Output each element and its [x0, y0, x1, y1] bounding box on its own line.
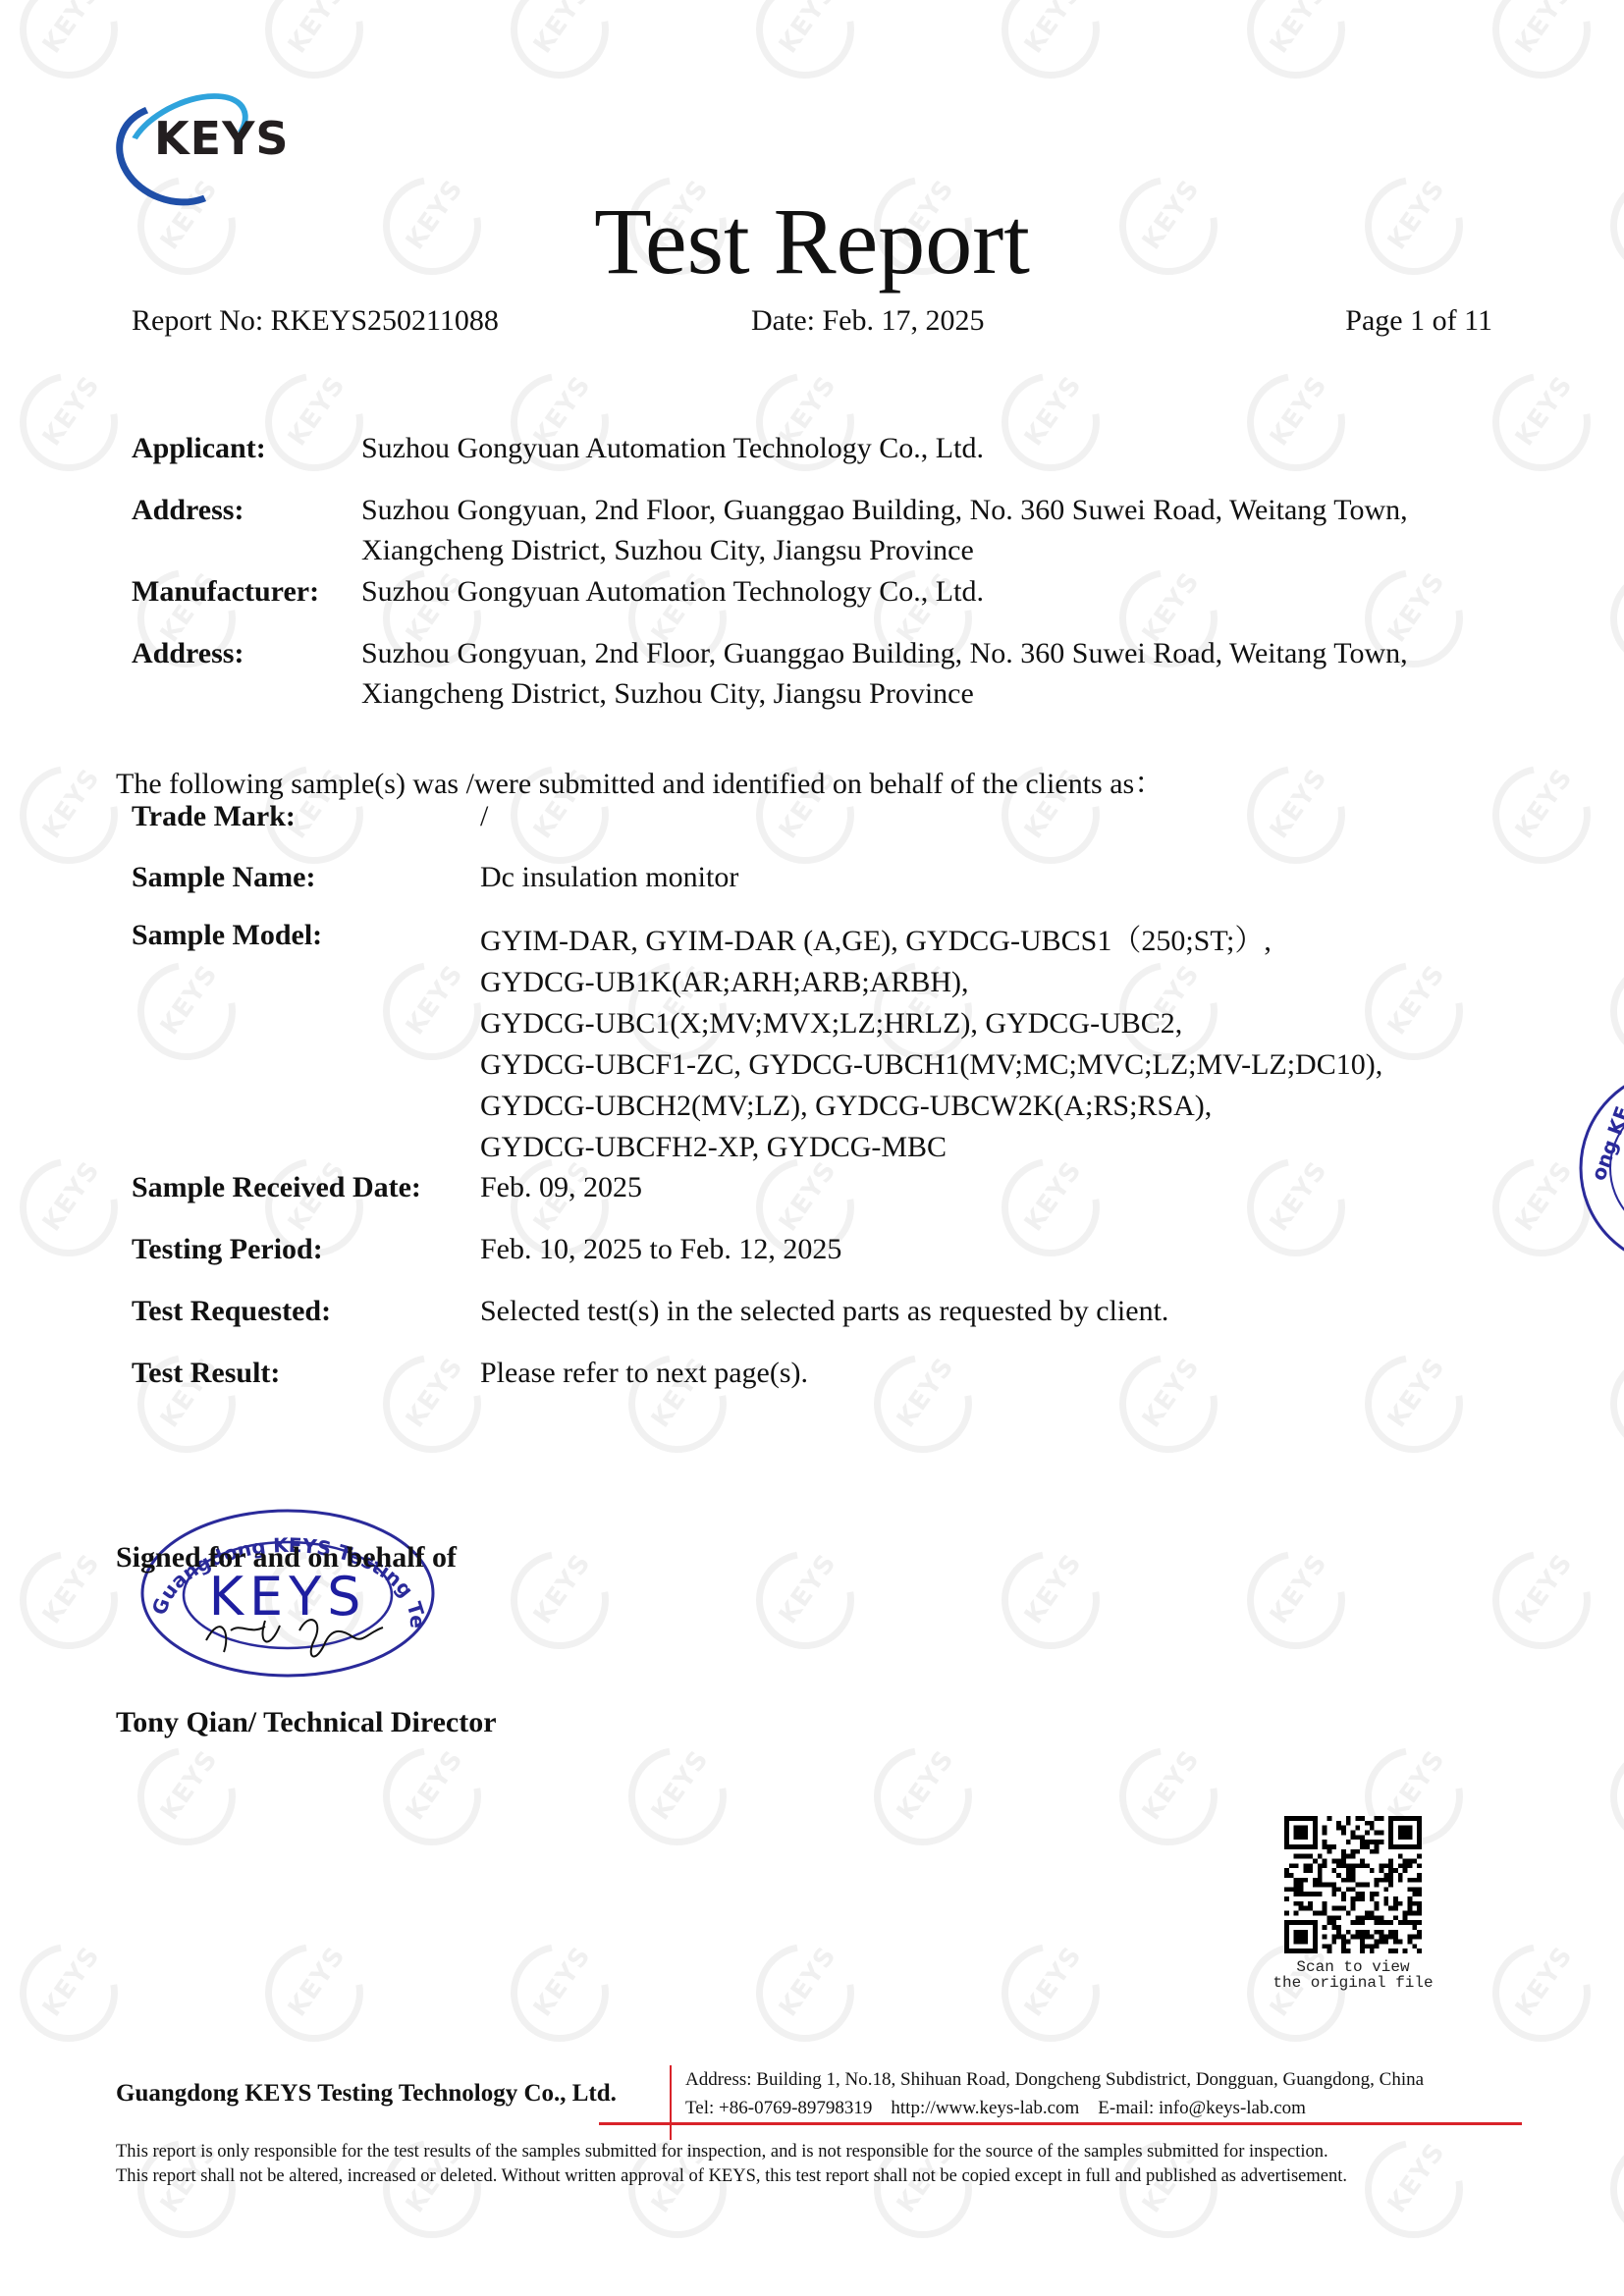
- received-date-label: Sample Received Date:: [132, 1171, 421, 1204]
- keys-watermark: KEYS: [0, 1924, 136, 2060]
- svg-text:ong KE: ong KE: [1587, 1103, 1624, 1184]
- keys-watermark: KEYS: [245, 0, 382, 98]
- footer-company-name: Guangdong KEYS Testing Technology Co., L…: [116, 2080, 617, 2108]
- sample-name-label: Sample Name:: [132, 861, 315, 894]
- keys-logo: KEYS: [113, 94, 280, 192]
- keys-watermark: KEYS: [982, 1924, 1118, 2060]
- signed-on-behalf-text: Signed for and on behalf of: [116, 1541, 457, 1575]
- page-title: Test Report: [0, 194, 1624, 289]
- footer-contact: Tel: +86-0769-89798319 http://www.keys-l…: [685, 2098, 1306, 2119]
- keys-watermark: KEYS: [0, 0, 136, 98]
- keys-watermark: KEYS: [1591, 1728, 1624, 1864]
- footer-divider-horizontal: [599, 2122, 1522, 2125]
- keys-watermark: KEYS: [1591, 1335, 1624, 1471]
- keys-watermark: KEYS: [736, 1531, 873, 1668]
- keys-watermark: KEYS: [982, 0, 1118, 98]
- keys-watermark: KEYS: [491, 1924, 627, 2060]
- keys-watermark: KEYS: [736, 1924, 873, 2060]
- keys-watermark: KEYS: [1473, 353, 1609, 490]
- keys-watermark: KEYS: [1100, 1728, 1236, 1864]
- keys-watermark: KEYS: [245, 353, 382, 490]
- keys-watermark: KEYS: [982, 1531, 1118, 1668]
- svg-text:KEYS: KEYS: [209, 1566, 367, 1628]
- qr-caption: Scan to view the original file: [1267, 1959, 1439, 1991]
- page-indicator: Page 1 of 11: [1345, 304, 1492, 338]
- applicant-value: Suzhou Gongyuan Automation Technology Co…: [361, 432, 984, 465]
- manufacturer-address-line2: Xiangcheng District, Suzhou City, Jiangs…: [361, 677, 974, 711]
- partial-seal-edge: ong KE: [1571, 1060, 1624, 1276]
- keys-watermark: KEYS: [491, 353, 627, 490]
- manufacturer-address-line1: Suzhou Gongyuan, 2nd Floor, Guanggao Bui…: [361, 637, 1408, 670]
- keys-watermark: KEYS: [1227, 0, 1364, 98]
- keys-watermark: KEYS: [1345, 2120, 1482, 2257]
- test-result-label: Test Result:: [132, 1357, 280, 1390]
- keys-watermark: KEYS: [1591, 550, 1624, 686]
- disclaimer-line-2: This report shall not be altered, increa…: [116, 2166, 1347, 2187]
- sample-model-label: Sample Model:: [132, 919, 322, 952]
- keys-watermark: KEYS: [1227, 1531, 1364, 1668]
- keys-watermark: KEYS: [1227, 746, 1364, 882]
- sample-model-line: GYDCG-UBCFH2-XP, GYDCG-MBC: [480, 1127, 1382, 1168]
- qr-caption-line2: the original file: [1267, 1975, 1439, 1991]
- keys-watermark: KEYS: [118, 942, 254, 1079]
- keys-watermark: KEYS: [491, 0, 627, 98]
- keys-watermark: KEYS: [1473, 746, 1609, 882]
- test-result-value: Please refer to next page(s).: [480, 1357, 808, 1390]
- sample-intro: The following sample(s) was /were submit…: [116, 759, 1164, 802]
- keys-watermark: KEYS: [1591, 2120, 1624, 2257]
- trade-mark-value: /: [480, 800, 488, 833]
- keys-watermark: KEYS: [736, 0, 873, 98]
- trade-mark-label: Trade Mark:: [132, 800, 296, 833]
- logo-text: KEYS: [154, 112, 290, 165]
- sample-model-line: GYDCG-UBCF1-ZC, GYDCG-UBCH1(MV;MC;MVC;LZ…: [480, 1044, 1382, 1086]
- test-requested-value: Selected test(s) in the selected parts a…: [480, 1295, 1168, 1328]
- sample-model-line: GYDCG-UBCH2(MV;LZ), GYDCG-UBCW2K(A;RS;RS…: [480, 1086, 1382, 1127]
- keys-watermark: KEYS: [0, 353, 136, 490]
- manufacturer-label: Manufacturer:: [132, 575, 319, 609]
- keys-watermark: KEYS: [1100, 1335, 1236, 1471]
- sample-model-line: GYDCG-UBC1(X;MV;MVX;LZ;HRLZ), GYDCG-UBC2…: [480, 1003, 1382, 1044]
- keys-watermark: KEYS: [1473, 1531, 1609, 1668]
- signer-name-title: Tony Qian/ Technical Director: [116, 1706, 497, 1739]
- test-requested-label: Test Requested:: [132, 1295, 331, 1328]
- disclaimer-line-1: This report is only responsible for the …: [116, 2142, 1328, 2163]
- keys-watermark: KEYS: [854, 1728, 991, 1864]
- keys-watermark: KEYS: [609, 1728, 745, 1864]
- footer-address: Address: Building 1, No.18, Shihuan Road…: [685, 2069, 1424, 2091]
- keys-watermark: KEYS: [1473, 1924, 1609, 2060]
- keys-watermark: KEYS: [0, 1139, 136, 1275]
- keys-watermark: KEYS: [491, 1531, 627, 1668]
- keys-watermark: KEYS: [363, 1728, 500, 1864]
- qr-caption-line1: Scan to view: [1267, 1959, 1439, 1975]
- keys-watermark: KEYS: [736, 353, 873, 490]
- company-seal: Guangdong KEYS Testing Technology Co., L…: [137, 1505, 438, 1682]
- seal-graphic: Guangdong KEYS Testing Technology Co., L…: [137, 1505, 438, 1682]
- footer-divider-vertical: [670, 2065, 672, 2140]
- received-date-value: Feb. 09, 2025: [480, 1171, 642, 1204]
- applicant-address-line1: Suzhou Gongyuan, 2nd Floor, Guanggao Bui…: [361, 494, 1408, 527]
- keys-watermark: KEYS: [118, 1728, 254, 1864]
- testing-period-value: Feb. 10, 2025 to Feb. 12, 2025: [480, 1233, 841, 1266]
- report-date: Date: Feb. 17, 2025: [751, 304, 984, 338]
- applicant-address-line2: Xiangcheng District, Suzhou City, Jiangs…: [361, 534, 974, 567]
- keys-watermark: KEYS: [1345, 1335, 1482, 1471]
- keys-watermark: KEYS: [854, 1335, 991, 1471]
- testing-period-label: Testing Period:: [132, 1233, 323, 1266]
- sample-name-value: Dc insulation monitor: [480, 861, 738, 894]
- keys-watermark: KEYS: [1473, 0, 1609, 98]
- keys-watermark: KEYS: [1591, 942, 1624, 1079]
- keys-watermark: KEYS: [982, 353, 1118, 490]
- applicant-label: Applicant:: [132, 432, 266, 465]
- sample-model-line: GYIM-DAR, GYIM-DAR (A,GE), GYDCG-UBCS1（2…: [480, 921, 1382, 962]
- sample-model-list: GYIM-DAR, GYIM-DAR (A,GE), GYDCG-UBCS1（2…: [480, 921, 1382, 1168]
- manufacturer-address-label: Address:: [132, 637, 244, 670]
- report-number: Report No: RKEYS250211088: [132, 304, 499, 338]
- manufacturer-value: Suzhou Gongyuan Automation Technology Co…: [361, 575, 984, 609]
- keys-watermark: KEYS: [245, 1924, 382, 2060]
- sample-model-line: GYDCG-UB1K(AR;ARH;ARB;ARBH),: [480, 962, 1382, 1003]
- applicant-address-label: Address:: [132, 494, 244, 527]
- keys-watermark: KEYS: [1227, 353, 1364, 490]
- qr-code[interactable]: [1284, 1816, 1422, 1953]
